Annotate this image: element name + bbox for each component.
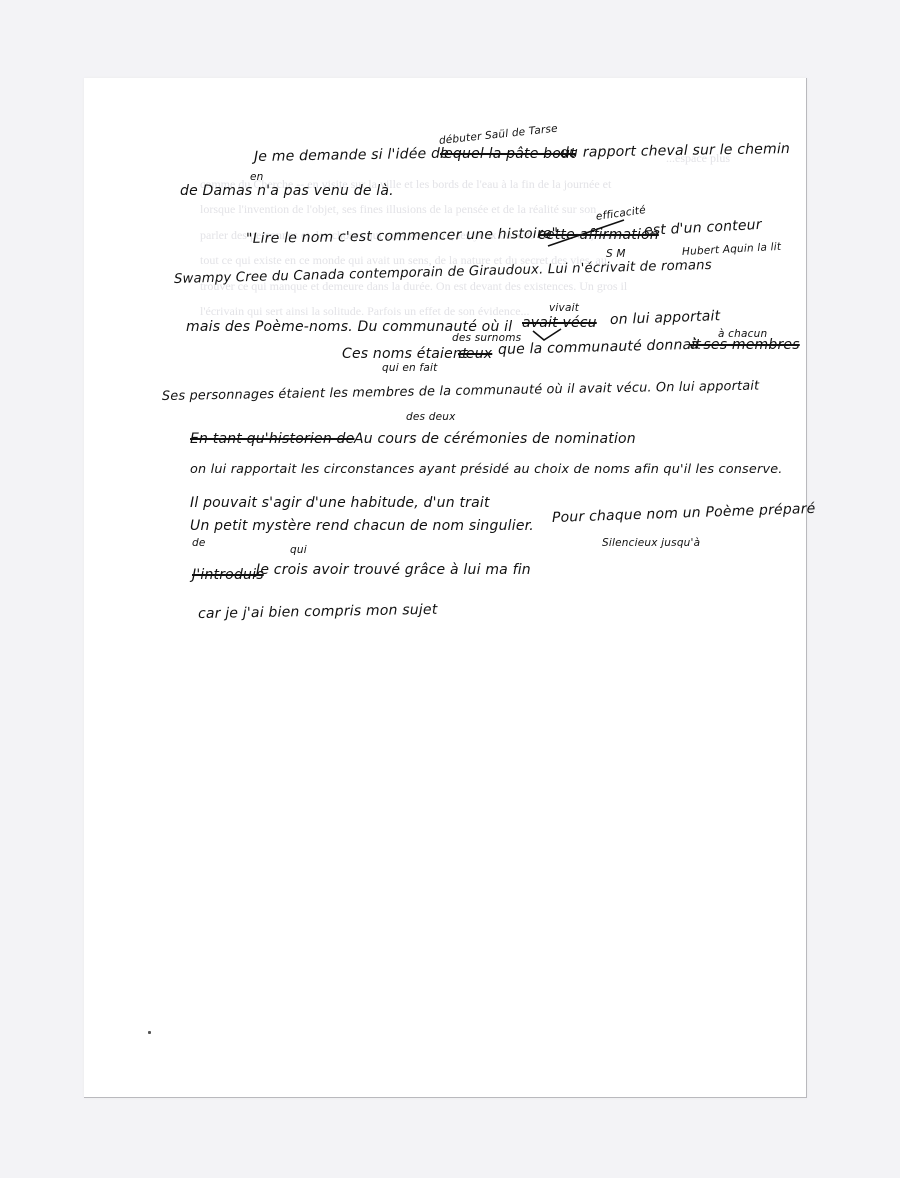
insertion-text: de <box>192 537 206 549</box>
handwritten-line: de Damas n'a pas venu de là. <box>180 183 394 199</box>
struck-text: En tant qu'historien de <box>190 431 354 447</box>
insertion-text: vivait <box>549 302 579 314</box>
ink-speck <box>148 1031 151 1034</box>
margin-note: Silencieux jusqu'à <box>602 537 700 549</box>
handwritten-line: car je j'ai bien compris mon sujet <box>198 602 438 622</box>
struck-text: ceux <box>458 346 492 362</box>
handwritten-line: que la communauté donnait <box>498 337 702 358</box>
insertion-text: des deux <box>406 411 456 423</box>
struck-text: J'introduis <box>192 567 264 583</box>
handwritten-line: Je crois avoir trouvé grâce à lui ma fin <box>256 562 531 578</box>
handwritten-line: on lui apportait <box>610 308 721 328</box>
showthrough-line: lorsque l'invention de l'objet, ses fine… <box>200 197 730 223</box>
manuscript-page: ...espace plus comme du Cherche -- en vi… <box>84 78 807 1098</box>
handwritten-line: Il pouvait s'agir d'une habitude, d'un t… <box>190 495 490 511</box>
handwritten-line: on lui rapportait les circonstances ayan… <box>190 462 783 477</box>
insertion-text: débuter Saül de Tarse <box>438 123 558 147</box>
handwritten-line: Je me demande si l'idée de <box>254 146 449 165</box>
handwritten-line: Pour chaque nom un Poème préparé <box>552 501 816 526</box>
handwritten-line: Au cours de cérémonies de nomination <box>354 431 636 447</box>
margin-note: S M <box>606 248 626 260</box>
handwritten-line: Un petit mystère rend chacun de nom sing… <box>190 518 534 534</box>
insertion-text: en <box>250 171 264 183</box>
handwritten-line: du rapport cheval sur le chemin <box>560 141 790 161</box>
handwritten-line: Ses personnages étaient les membres de l… <box>162 379 760 404</box>
handwritten-line: Ces noms étaient <box>342 346 468 362</box>
struck-text: lequel la pâte bout <box>440 146 576 162</box>
struck-text: à ses membres <box>690 337 800 353</box>
insertion-text: qui <box>290 544 307 556</box>
insertion-text: qui en fait <box>382 362 437 374</box>
strike-slash <box>546 218 626 248</box>
